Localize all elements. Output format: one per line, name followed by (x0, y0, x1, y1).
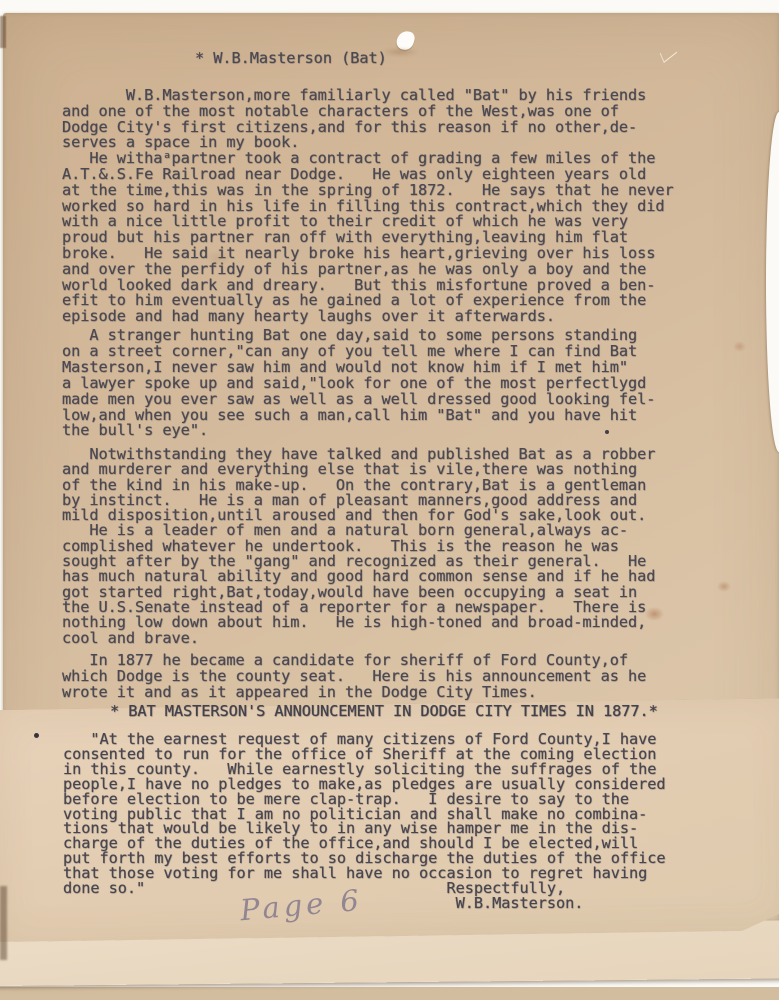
paragraph-candidate: In 1877 he became a candidate for sherif… (62, 652, 646, 700)
stain (205, 250, 231, 266)
stain (733, 341, 746, 352)
bottom-paper-sliver (0, 987, 779, 1000)
smudge-mark (381, 47, 419, 57)
edge-shadow (0, 886, 7, 960)
announcement-heading: * BAT MASTERSON'S ANNOUNCEMENT IN DODGE … (110, 702, 658, 720)
ink-dot (34, 733, 39, 738)
typed-line: wrote it and as it appeared in the Dodge… (62, 684, 646, 700)
typed-line: cool and brave. (62, 631, 655, 646)
typed-line: the bull's eye". (62, 423, 655, 439)
paragraph-intro: W.B.Masterson,more familiarly called "Ba… (62, 88, 674, 325)
stain (645, 607, 664, 621)
typed-line: episode and had many hearty laughs over … (62, 309, 674, 325)
typed-line: which Dodge is the county seat. Here is … (62, 668, 646, 684)
stray-period-mark (605, 430, 609, 434)
edge-shadow (0, 16, 6, 48)
typed-line: W.B.Masterson. (63, 896, 666, 911)
paragraph-character: Notwithstanding they have talked and pub… (62, 447, 655, 646)
stain (717, 581, 731, 592)
typed-line: In 1877 he became a candidate for sherif… (62, 652, 646, 668)
page-title: * W.B.Masterson (Bat) (195, 50, 387, 66)
paragraph-stranger-anecdote: A stranger hunting Bat one day,said to s… (62, 328, 655, 439)
document-scan: * W.B.Masterson (Bat) W.B.Masterson,more… (0, 0, 779, 1000)
announcement-body: "At the earnest request of many citizens… (63, 732, 666, 911)
